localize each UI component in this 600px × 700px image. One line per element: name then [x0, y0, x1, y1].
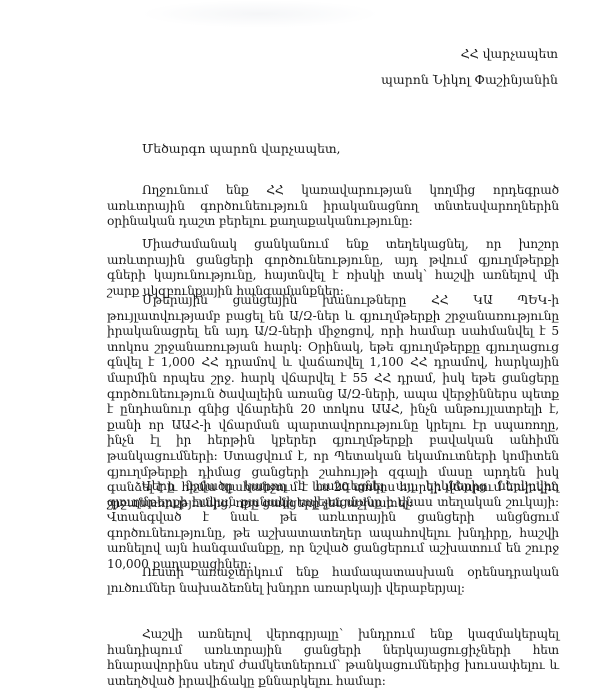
salutation: Մեծարգո պարոն վարչապետ, — [142, 141, 341, 157]
paragraph-meeting-request: Հաշվի առնելով վերոգրյալը՝ խնդրում ենք կա… — [107, 627, 559, 689]
addressee-name: պարոն Նիկոլ Փաշինյանին — [381, 72, 558, 88]
addressee-title: ՀՀ վարչապետ — [461, 46, 558, 62]
letter-page: ՀՀ վարչապետ պարոն Նիկոլ Փաշինյանին Մեծար… — [0, 0, 600, 700]
paragraph-welcome-policy: Ողջունում ենք ՀՀ կառավարության կողմից որ… — [107, 183, 559, 230]
paper-bleed-through — [140, 0, 380, 28]
paragraph-consequences: Վերը նշվածը կարող է հանգեցնել այլ երկներ… — [107, 479, 559, 573]
paragraph-risk-notice: Միաժամանակ ցանկանում ենք տեղեկացնել, որ … — [107, 237, 559, 299]
paragraph-proposal: Ուստի առաջարկում ենք համապատասխան օրենսդ… — [107, 565, 559, 596]
